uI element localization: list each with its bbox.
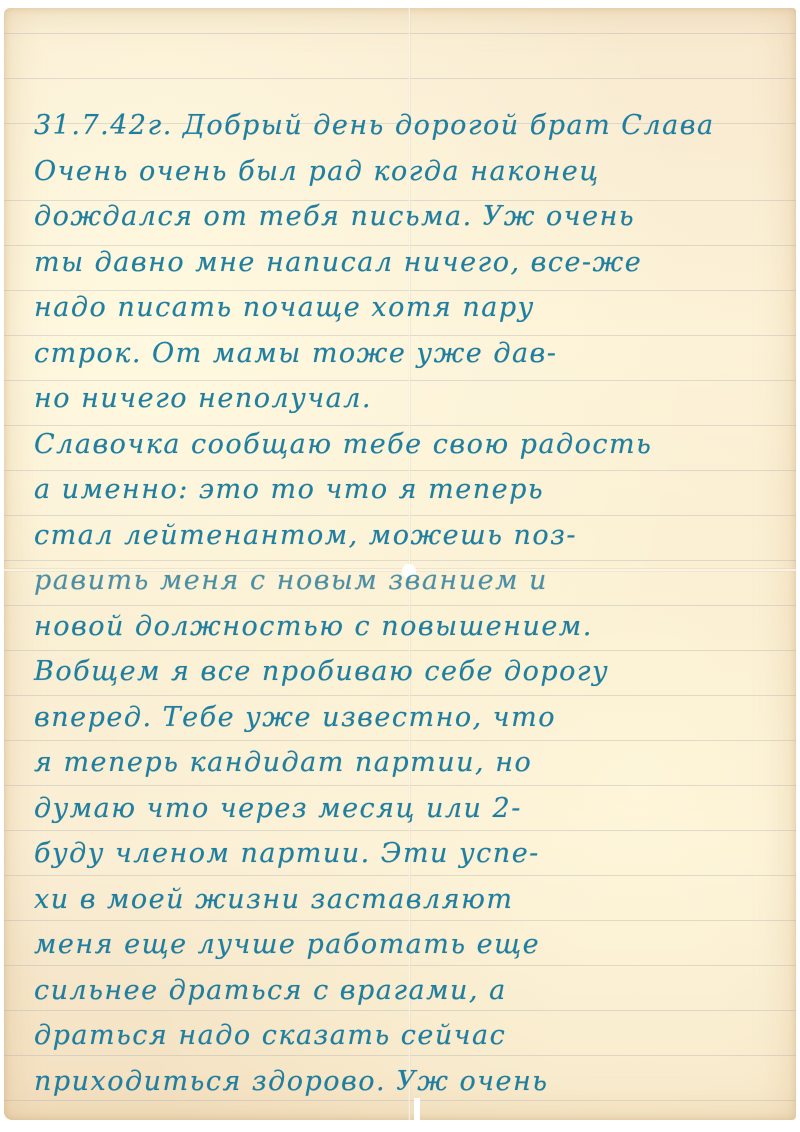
letter-body: 31.7.42г. Добрый день дорогой брат Слава…	[34, 103, 800, 1104]
letter-line: драться надо сказать сейчас	[34, 1013, 800, 1059]
letter-line: вперед. Тебе уже известно, что	[34, 695, 800, 741]
letter-line: меня еще лучше работать еще	[34, 922, 800, 968]
letter-line: думаю что через месяц или 2-	[34, 786, 800, 832]
letter-line: приходиться здорово. Уж очень	[34, 1059, 800, 1105]
letter-line: но ничего неполучал.	[34, 376, 800, 422]
letter-line: новой должностью с повышением.	[34, 604, 800, 650]
letter-line: Вобщем я все пробиваю себе дорогу	[34, 649, 800, 695]
letter-line: Славочка сообщаю тебе свою радость	[34, 422, 800, 468]
letter-line: стал лейтенантом, можешь поз-	[34, 513, 800, 559]
letter-line-faded: равить меня с новым званием и	[34, 558, 800, 604]
letter-line: буду членом партии. Эти успе-	[34, 831, 800, 877]
letter-line: надо писать почаще хотя пару	[34, 285, 800, 331]
letter-line: я теперь кандидат партии, но	[34, 740, 800, 786]
letter-page: 31.7.42г. Добрый день дорогой брат Слава…	[4, 8, 796, 1120]
letter-line-date-greeting: 31.7.42г. Добрый день дорогой брат Слава	[34, 103, 800, 149]
letter-line: хи в моей жизни заставляют	[34, 877, 800, 923]
letter-line: дождался от тебя письма. Уж очень	[34, 194, 800, 240]
letter-line: Очень очень был рад когда наконец	[34, 149, 800, 195]
letter-line: строк. От мамы тоже уже дав-	[34, 331, 800, 377]
letter-line: сильнее драться с врагами, а	[34, 968, 800, 1014]
letter-line: а именно: это то что я теперь	[34, 467, 800, 513]
letter-line: ты давно мне написал ничего, все-же	[34, 240, 800, 286]
